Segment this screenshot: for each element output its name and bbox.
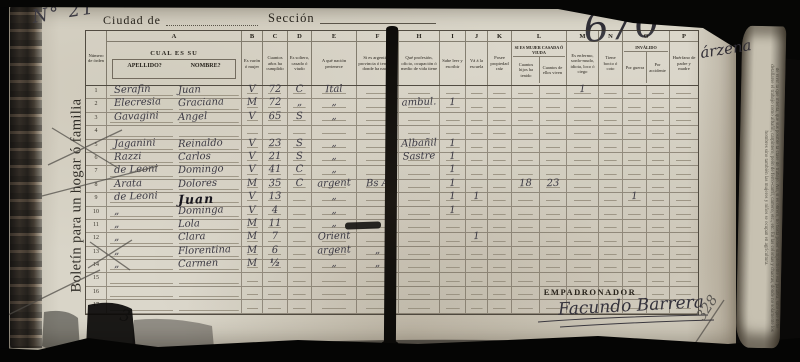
header-estado-civil: Es soltero, casado ó viudo bbox=[287, 42, 311, 85]
row-number-cell: 9 bbox=[86, 193, 106, 205]
cell-h bbox=[398, 287, 439, 299]
cell-d bbox=[287, 233, 311, 245]
cell-d bbox=[287, 220, 311, 232]
cell-o1 bbox=[622, 126, 646, 138]
cell-j bbox=[465, 140, 487, 152]
cell-o1 bbox=[622, 166, 646, 178]
cell-c bbox=[262, 273, 287, 285]
cell-i: 1 bbox=[439, 207, 465, 219]
cell-l2 bbox=[539, 153, 566, 165]
header-letter-i: I bbox=[439, 31, 465, 42]
cell-n bbox=[598, 260, 622, 272]
cell-nombre bbox=[176, 300, 241, 312]
cell-o1 bbox=[622, 113, 646, 125]
cell-i bbox=[439, 233, 465, 245]
cell-o1 bbox=[622, 140, 646, 152]
header-letter-h: H bbox=[398, 31, 439, 42]
cell-j bbox=[465, 153, 487, 165]
cell-h bbox=[398, 260, 439, 272]
header-num: Número de órden bbox=[86, 31, 106, 85]
row-number-cell: 6 bbox=[86, 153, 106, 165]
cell-m bbox=[566, 99, 598, 111]
row-number-cell: 13 bbox=[86, 247, 106, 259]
header-letter-l: L bbox=[511, 31, 566, 42]
cell-k bbox=[487, 247, 511, 259]
page-binding-edge bbox=[10, 6, 42, 348]
cell-o2 bbox=[646, 140, 669, 152]
cell-o2 bbox=[646, 180, 669, 192]
cell-l2 bbox=[539, 247, 566, 259]
cell-j bbox=[465, 86, 487, 98]
cell-e: „ bbox=[311, 113, 356, 125]
cell-apellido: „ bbox=[106, 260, 176, 272]
cell-b bbox=[241, 273, 262, 285]
row-number-cell: 3 bbox=[86, 113, 106, 125]
cell-n bbox=[598, 126, 622, 138]
row-number-cell: 5 bbox=[86, 140, 106, 152]
cell-h bbox=[398, 166, 439, 178]
cell-k bbox=[487, 233, 511, 245]
cell-apellido bbox=[106, 273, 176, 285]
cell-n bbox=[598, 247, 622, 259]
cell-l2 bbox=[539, 220, 566, 232]
cell-nombre: Carmen bbox=[176, 260, 241, 272]
cell-d bbox=[287, 273, 311, 285]
row-number-cell: 14 bbox=[86, 260, 106, 272]
cell-m: 1 bbox=[566, 86, 598, 98]
cell-i bbox=[439, 113, 465, 125]
cell-e bbox=[311, 300, 356, 312]
cell-o2 bbox=[646, 126, 669, 138]
cell-j bbox=[465, 260, 487, 272]
cell-n bbox=[598, 166, 622, 178]
cell-o2 bbox=[646, 166, 669, 178]
cell-o2 bbox=[646, 273, 669, 285]
cell-p bbox=[669, 99, 698, 111]
cell-i bbox=[439, 247, 465, 259]
header-invalido: INVÁLIDO Por guerra Por accidente bbox=[622, 42, 669, 85]
header-huerfano: Huérfano de padre y madre bbox=[669, 42, 698, 85]
cell-l1 bbox=[511, 193, 539, 205]
cell-n bbox=[598, 207, 622, 219]
city-blank-line bbox=[166, 25, 258, 26]
cell-c bbox=[262, 300, 287, 312]
cell-n bbox=[598, 99, 622, 111]
cell-l2 bbox=[539, 99, 566, 111]
header-mujer-casada-label: SI ES MUJER CASADA Ó VIUDA bbox=[513, 44, 565, 57]
cell-j bbox=[465, 247, 487, 259]
cell-l2 bbox=[539, 233, 566, 245]
cell-j bbox=[465, 99, 487, 111]
cell-p bbox=[669, 126, 698, 138]
cell-m bbox=[566, 113, 598, 125]
header-letter-a: A bbox=[106, 31, 241, 42]
header-profesion: Qué profesión, oficio, ocupación ó medio… bbox=[398, 42, 439, 85]
cell-apellido bbox=[106, 300, 176, 312]
cell-j bbox=[465, 166, 487, 178]
cell-b bbox=[241, 126, 262, 138]
cell-l1 bbox=[511, 113, 539, 125]
cell-h bbox=[398, 247, 439, 259]
cell-apellido bbox=[106, 287, 176, 299]
cell-k bbox=[487, 260, 511, 272]
header-mujer-casada: SI ES MUJER CASADA Ó VIUDA Cuantos hijos… bbox=[511, 42, 566, 85]
cell-k bbox=[487, 86, 511, 98]
header-por-guerra: Por guerra bbox=[624, 52, 646, 83]
cell-j: 1 bbox=[465, 193, 487, 205]
side-title-vertical: Boletín para un hogar ó familia bbox=[69, 51, 86, 341]
cell-o1 bbox=[622, 153, 646, 165]
cell-i: 1 bbox=[439, 99, 465, 111]
cell-i bbox=[439, 300, 465, 312]
cell-k bbox=[487, 193, 511, 205]
header-letter-o: O bbox=[622, 31, 669, 42]
header-invalido-label: INVÁLIDO bbox=[624, 44, 668, 52]
cell-m bbox=[566, 207, 598, 219]
cell-o2 bbox=[646, 247, 669, 259]
cell-e bbox=[311, 273, 356, 285]
header-bocio: Tiene bocio ó coto bbox=[598, 42, 622, 85]
cell-d bbox=[287, 207, 311, 219]
cell-d bbox=[287, 193, 311, 205]
cell-l1 bbox=[511, 140, 539, 152]
cell-o2 bbox=[646, 113, 669, 125]
cell-i bbox=[439, 260, 465, 272]
cell-p bbox=[669, 86, 698, 98]
cell-n bbox=[598, 233, 622, 245]
cell-h bbox=[398, 193, 439, 205]
cell-n bbox=[598, 220, 622, 232]
cell-l1 bbox=[511, 126, 539, 138]
cell-k bbox=[487, 140, 511, 152]
cell-k bbox=[487, 126, 511, 138]
cell-l1 bbox=[511, 207, 539, 219]
cell-m bbox=[566, 273, 598, 285]
cell-j bbox=[465, 273, 487, 285]
section-blank-line bbox=[320, 23, 436, 24]
cell-o2 bbox=[646, 207, 669, 219]
cell-o1 bbox=[622, 273, 646, 285]
cell-c: 13 bbox=[262, 193, 287, 205]
cell-j bbox=[465, 207, 487, 219]
cell-k bbox=[487, 220, 511, 232]
cell-l2 bbox=[539, 86, 566, 98]
pencil-number-small: 3 bbox=[118, 305, 132, 326]
cell-e bbox=[311, 287, 356, 299]
cell-p bbox=[669, 166, 698, 178]
cell-l2 bbox=[539, 113, 566, 125]
cell-k bbox=[487, 180, 511, 192]
cell-b bbox=[241, 300, 262, 312]
row-number-cell: 16 bbox=[86, 287, 106, 299]
cell-m bbox=[566, 166, 598, 178]
cell-b: M bbox=[241, 260, 262, 272]
cell-i bbox=[439, 220, 465, 232]
cell-p bbox=[669, 153, 698, 165]
cell-o2 bbox=[646, 233, 669, 245]
cell-p bbox=[669, 140, 698, 152]
cell-b: V bbox=[241, 193, 262, 205]
header-propiedad: Posee propiedad raíz bbox=[487, 42, 511, 85]
cell-h bbox=[398, 300, 439, 312]
cell-l2 bbox=[539, 260, 566, 272]
cell-p bbox=[669, 113, 698, 125]
cell-l1 bbox=[511, 233, 539, 245]
cell-k bbox=[487, 99, 511, 111]
cell-k bbox=[487, 207, 511, 219]
cell-l2 bbox=[539, 273, 566, 285]
header-por-accidente: Por accidente bbox=[646, 52, 668, 83]
cell-o2 bbox=[646, 193, 669, 205]
row-number-cell: 10 bbox=[86, 207, 106, 219]
header-hijos-tenidos: Cuantos hijos ha tenido bbox=[513, 57, 539, 83]
cell-k bbox=[487, 113, 511, 125]
cell-j bbox=[465, 300, 487, 312]
cell-j bbox=[465, 113, 487, 125]
cell-k bbox=[487, 166, 511, 178]
row-number-cell: 17 bbox=[86, 300, 106, 312]
cell-d bbox=[287, 300, 311, 312]
header-escuela: Vá á la escuela bbox=[465, 42, 487, 85]
cell-m bbox=[566, 140, 598, 152]
cell-h: ambul. bbox=[398, 99, 439, 111]
header-nombre: NOMBRE? bbox=[191, 63, 221, 70]
header-enfermo: Es enfermo, sordo-mudo, idiota, loco ó c… bbox=[566, 42, 598, 85]
header-apellido: APELLIDO? bbox=[127, 63, 161, 70]
cell-nombre bbox=[176, 273, 241, 285]
cell-n bbox=[598, 273, 622, 285]
row-number-cell: 2 bbox=[86, 99, 106, 111]
cell-l1: 18 bbox=[511, 180, 539, 192]
census-photo: N° 21 Ciudad de Sección 67021 21 Boletín… bbox=[0, 0, 800, 362]
header-letter-j: J bbox=[465, 31, 487, 42]
cell-h bbox=[398, 233, 439, 245]
cell-j: 1 bbox=[465, 233, 487, 245]
header-hijos-viven: Cuantos de ellos viven bbox=[539, 57, 565, 83]
cell-m bbox=[566, 180, 598, 192]
cell-k bbox=[487, 153, 511, 165]
cell-c: ½ bbox=[262, 260, 287, 272]
cell-m bbox=[566, 126, 598, 138]
header-nacion: A qué nación pertenece bbox=[311, 42, 356, 85]
cell-m bbox=[566, 153, 598, 165]
cell-p bbox=[669, 180, 698, 192]
header-edad: Cuantos años ha cumplido bbox=[262, 42, 287, 85]
cell-l1 bbox=[511, 220, 539, 232]
cell-l2 bbox=[539, 193, 566, 205]
cell-o1 bbox=[622, 207, 646, 219]
header-apellido-nombre: APELLIDO? NOMBRE? bbox=[112, 59, 236, 79]
section-label: Sección bbox=[268, 11, 315, 26]
cell-h: Sastre bbox=[398, 153, 439, 165]
cell-d bbox=[287, 287, 311, 299]
cell-c bbox=[262, 287, 287, 299]
header-name-block: CUAL ES SU APELLIDO? NOMBRE? bbox=[106, 42, 241, 85]
cell-n bbox=[598, 86, 622, 98]
header-cual-es-su: CUAL ES SU bbox=[108, 50, 240, 58]
cell-l1 bbox=[511, 86, 539, 98]
cell-p bbox=[669, 273, 698, 285]
row-number-cell: 8 bbox=[86, 180, 106, 192]
cell-p bbox=[669, 207, 698, 219]
cell-i: 1 bbox=[439, 193, 465, 205]
row-number-cell: 12 bbox=[86, 233, 106, 245]
photo-border-left bbox=[0, 0, 9, 362]
cell-m bbox=[566, 233, 598, 245]
cell-l1 bbox=[511, 260, 539, 272]
cell-b bbox=[241, 287, 262, 299]
cell-l1 bbox=[511, 273, 539, 285]
cell-o2 bbox=[646, 86, 669, 98]
cell-h bbox=[398, 180, 439, 192]
cell-o2 bbox=[646, 260, 669, 272]
cell-l2 bbox=[539, 140, 566, 152]
header-letter-n: N bbox=[598, 31, 622, 42]
cell-i bbox=[439, 287, 465, 299]
header-sabe-leer: Sabe leer y escribir bbox=[439, 42, 465, 85]
cell-o2 bbox=[646, 220, 669, 232]
cell-h bbox=[398, 207, 439, 219]
header-letter-k: K bbox=[487, 31, 511, 42]
cell-c: 65 bbox=[262, 113, 287, 125]
adjacent-page-instructions: de vivir la que intenta, que sus posible… bbox=[745, 64, 779, 332]
cell-h bbox=[398, 113, 439, 125]
cell-n bbox=[598, 113, 622, 125]
cell-m bbox=[566, 220, 598, 232]
cell-o2 bbox=[646, 99, 669, 111]
cell-d: S bbox=[287, 113, 311, 125]
row-number-cell: 1 bbox=[86, 86, 106, 98]
cell-l2 bbox=[539, 207, 566, 219]
cell-o1 bbox=[622, 86, 646, 98]
cell-n bbox=[598, 153, 622, 165]
cell-o1 bbox=[622, 99, 646, 111]
cell-l2: 23 bbox=[539, 180, 566, 192]
cell-p bbox=[669, 247, 698, 259]
cell-d bbox=[287, 247, 311, 259]
cell-p bbox=[669, 193, 698, 205]
row-number-cell: 11 bbox=[86, 220, 106, 232]
cell-n bbox=[598, 140, 622, 152]
cell-j bbox=[465, 126, 487, 138]
cell-o2 bbox=[646, 153, 669, 165]
cell-o1 bbox=[622, 247, 646, 259]
cell-l1 bbox=[511, 153, 539, 165]
cell-apellido: Gavagini bbox=[106, 113, 176, 125]
cell-b: V bbox=[241, 113, 262, 125]
cell-l1 bbox=[511, 99, 539, 111]
cell-nombre bbox=[176, 287, 241, 299]
census-bulletin-page: N° 21 Ciudad de Sección 67021 21 Boletín… bbox=[8, 4, 738, 350]
header-sexo: Es varón ó mujer bbox=[241, 42, 262, 85]
cell-h bbox=[398, 220, 439, 232]
cell-l2 bbox=[539, 126, 566, 138]
cell-p bbox=[669, 260, 698, 272]
header-letter-b: B bbox=[241, 31, 262, 42]
cell-d bbox=[287, 260, 311, 272]
row-number-cell: 15 bbox=[86, 273, 106, 285]
header-letter-m: M bbox=[566, 31, 598, 42]
cell-n bbox=[598, 193, 622, 205]
header-letter-c: C bbox=[262, 31, 287, 42]
cell-m bbox=[566, 193, 598, 205]
cell-p bbox=[669, 220, 698, 232]
cell-d: C bbox=[287, 180, 311, 192]
cell-o1 bbox=[622, 220, 646, 232]
cell-k bbox=[487, 300, 511, 312]
cell-h bbox=[398, 273, 439, 285]
cell-n bbox=[598, 180, 622, 192]
cell-m bbox=[566, 260, 598, 272]
header-letter-d: D bbox=[287, 31, 311, 42]
cell-m bbox=[566, 247, 598, 259]
cell-o1 bbox=[622, 233, 646, 245]
row-number-cell: 7 bbox=[86, 166, 106, 178]
cell-p bbox=[669, 233, 698, 245]
cell-l1 bbox=[511, 247, 539, 259]
cell-o1 bbox=[622, 260, 646, 272]
cell-i bbox=[439, 273, 465, 285]
row-number-cell: 4 bbox=[86, 126, 106, 138]
ink-blot-stripe bbox=[384, 26, 398, 346]
cell-k bbox=[487, 273, 511, 285]
header-letter-p: P bbox=[669, 31, 698, 42]
city-label: Ciudad de bbox=[103, 13, 161, 28]
cell-nombre: Angel bbox=[176, 113, 241, 125]
cell-e: „ bbox=[311, 260, 356, 272]
cell-j bbox=[465, 287, 487, 299]
header-letter-e: E bbox=[311, 31, 356, 42]
cell-o1: 1 bbox=[622, 193, 646, 205]
